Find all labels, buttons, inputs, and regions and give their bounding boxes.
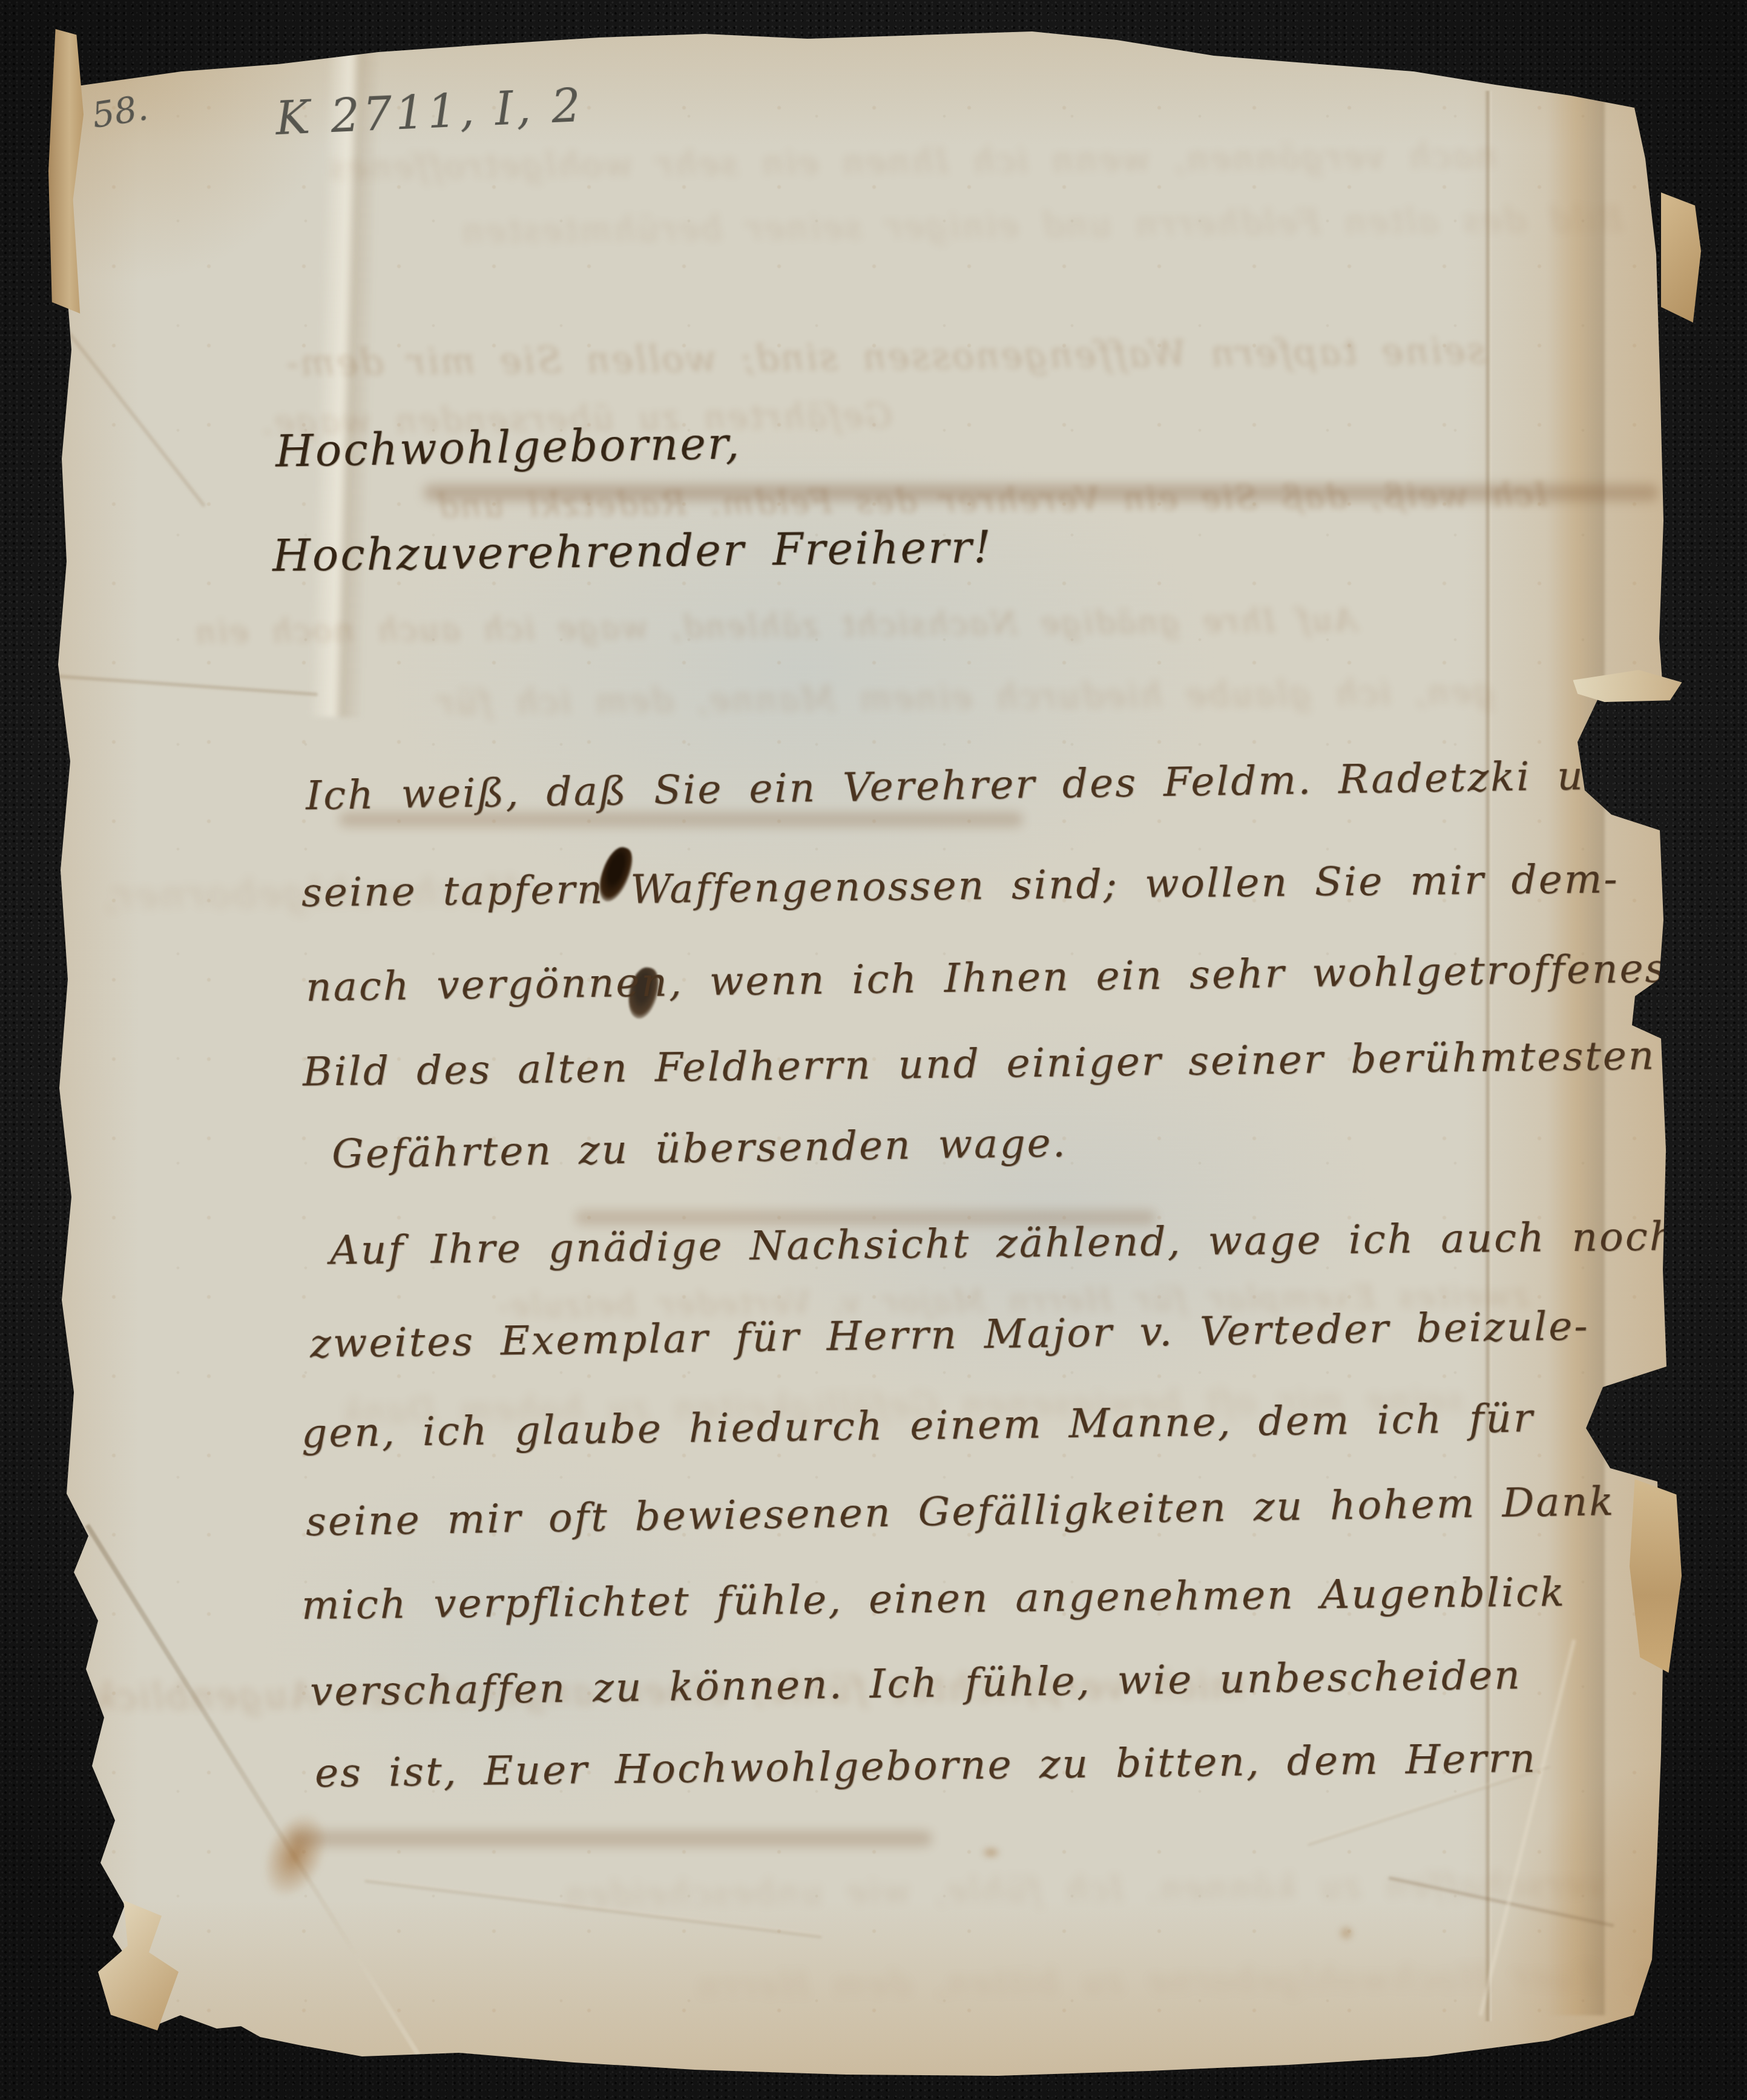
bleedthrough-text: es ist, Euer Hochwohlgeborne zu bitten, … [696,1955,1746,2006]
handwritten-line: es ist, Euer Hochwohlgeborne zu bitten, … [315,1737,1538,1796]
handwritten-line: nach vergönnen, wenn ich Ihnen ein sehr … [306,947,1668,1009]
rust-stain [251,1802,340,1908]
bleedthrough-text: Hochwohlgeborner, [103,869,521,918]
ink-smear [575,1210,1156,1225]
archive-inventory-number: K 2711, I, 2 [274,78,585,145]
bleedthrough-text: zweites Exemplar für Herrn Major v. Vert… [496,1278,1530,1325]
handwritten-line: Ich weiß, daß Sie ein Verehrer des Feldm… [306,753,1640,818]
ink-blot [625,965,662,1022]
handwritten-line: seine mir oft bewiesenen Gefälligkeiten … [306,1480,1616,1544]
handwritten-line: Gefährten zu übersenden wage. [332,1121,1068,1176]
torn-paper-scrap [1661,192,1701,323]
bleedthrough-text: verschaffen zu können. Ich fühle, wie un… [563,1865,1605,1915]
bleedthrough-text: mich verpflichtet fühle, einen angenehme… [91,1664,1246,1719]
bleedthrough-text: gen, ich glaube hiedurch einem Manne, de… [436,672,1495,723]
fold-crease [308,33,382,718]
handwritten-line: mich verpflichtet fühle, einen angenehme… [301,1570,1567,1627]
bleedthrough-text: seine mir oft bewiesenen Gefälligkeiten … [339,1380,1464,1431]
ink-smear [339,812,1023,827]
salutation-line: Hochzuverehrender Freiherr! [272,523,993,580]
salutation-line: Hochwohlgeborner, [275,419,741,476]
fold-crease [1308,1764,1550,1846]
fold-crease [1484,91,1492,2021]
handwritten-line: Bild des alten Feldherrn und einiger sei… [303,1034,1656,1094]
fold-crease [364,1879,821,1938]
letter-page: nach vergönnen, wenn ich Ihnen ein sehr … [0,0,1747,2100]
bleedthrough-text: Auf Ihre gnädige Nachsicht zählend, wage… [194,602,1357,651]
fold-crease [1389,1877,1614,1928]
bleedthrough-text: Gefährten zu übersenden wage. [260,396,892,442]
ink-smear [424,484,1659,501]
ink-blot [594,844,637,906]
fold-crease [1547,91,1605,2015]
handwritten-line: seine tapfern Waffengenossen sind; wolle… [301,858,1619,915]
bleedthrough-text: Bild des alten Feldherrn und einiger sei… [460,200,1624,251]
handwritten-line: zweites Exemplar für Herrn Major v. Vert… [310,1304,1590,1366]
rust-stain [1338,1924,1355,1941]
bleedthrough-text: Ich weiß, daß Sie ein Verehrer des Feldm… [436,475,1548,525]
fold-crease [1479,1639,1576,2016]
handwritten-line: gen, ich glaube hiedurch einem Manne, de… [301,1397,1535,1455]
handwritten-line: Auf Ihre gnädige Nachsicht zählend, wage… [330,1214,1747,1273]
archive-page-number: 58. [89,87,151,136]
bleedthrough-text: seine tapfern Waffengenossen sind; wolle… [285,330,1486,385]
ink-smear [291,1831,932,1846]
rust-stain [981,1846,1001,1859]
fold-crease [58,675,317,696]
bleedthrough-text: nach vergönnen, wenn ich Ihnen ein sehr … [327,136,1497,188]
handwritten-line: verschaffen zu können. Ich fühle, wie un… [310,1653,1522,1714]
